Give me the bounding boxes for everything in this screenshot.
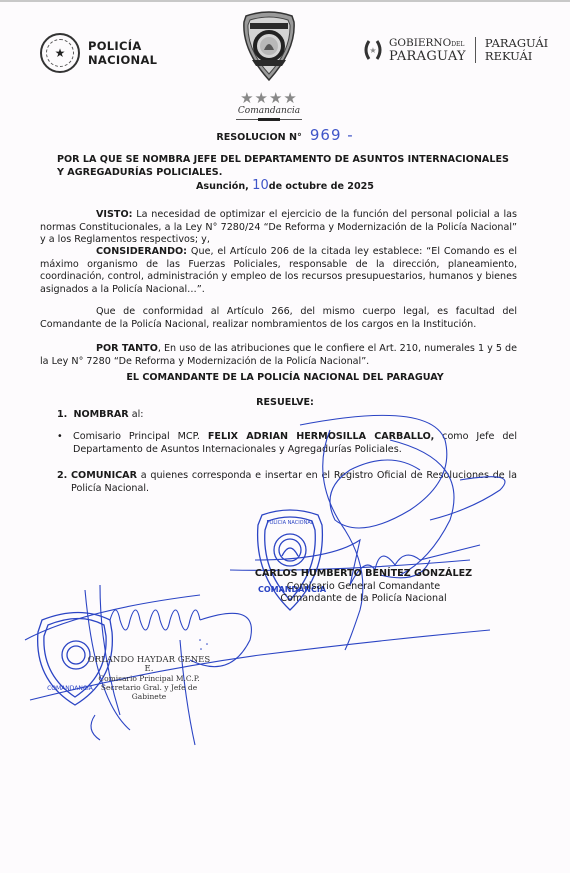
primary-signer-position: Comandante de la Policía Nacional	[241, 593, 486, 606]
appointee-rank: Comisario Principal MCP.	[73, 431, 208, 442]
document-date: Asunción, 10de octubre de 2025	[0, 180, 570, 194]
header-government-logo: ★ GOBIERNODEL PARAGUAY PARAGUÁI REKUÁI	[363, 37, 548, 63]
government-name: GOBIERNODEL PARAGUAY	[389, 37, 466, 63]
resolution-item-1: 1. NOMBRAR al:	[57, 409, 144, 422]
portanto-paragraph: POR TANTO, En uso de las atribuciones qu…	[40, 343, 517, 368]
bullet-icon: •	[57, 431, 73, 456]
secondary-signer-name: ORLANDO HAYDAR GENES E.	[84, 656, 214, 674]
appointee-name: FELIX ADRIAN HERMOSILLA CARBALLO,	[208, 431, 434, 442]
coat-of-arms-seal-icon: ★	[40, 33, 80, 73]
slogan-line2: REKUÁI	[485, 50, 548, 63]
date-suffix: de octubre de 2025	[269, 181, 374, 192]
header-police-logo: ★ POLICÍA NACIONAL	[40, 33, 157, 73]
resolution-number-handwritten: 969 -	[310, 126, 354, 144]
secondary-signer-rank: Comisario Principal M.C.P.	[84, 674, 214, 683]
police-shield-badge-icon	[240, 10, 298, 82]
considerando-paragraph: CONSIDERANDO: Que, el Artículo 206 de la…	[40, 246, 517, 296]
primary-signer-block: CARLOS HUMBERTO BENÍTEZ GONZÁLEZ Comisar…	[241, 568, 486, 606]
police-name-line2: NACIONAL	[88, 53, 157, 67]
visto-paragraph: VISTO: La necesidad de optimizar el ejer…	[40, 209, 517, 247]
comandancia-label: Comandancia	[235, 106, 303, 116]
rank-stars: ★★★★	[235, 90, 303, 106]
appointee-bullet: • Comisario Principal MCP. FELIX ADRIAN …	[57, 431, 517, 456]
item-1-text: al:	[129, 409, 144, 420]
resolution-item-2: 2. COMUNICAR a quienes corresponda e ins…	[57, 470, 517, 495]
ink-dot	[206, 643, 208, 645]
item-2-text: a quienes corresponda e insertar en el R…	[71, 470, 517, 494]
considerando-label: CONSIDERANDO:	[96, 246, 187, 257]
header-comandancia-emblem: ★★★★ Comandancia	[235, 10, 303, 120]
item-2-content: COMUNICAR a quienes corresponda e insert…	[71, 470, 517, 495]
ink-dot	[200, 648, 202, 650]
ink-dot	[199, 639, 201, 641]
primary-signer-rank: Comisario General Comandante	[241, 581, 486, 594]
date-day-handwritten: 10	[252, 178, 269, 193]
item-2-number: 2.	[57, 470, 71, 495]
item-1-verb: NOMBRAR	[73, 409, 128, 420]
svg-text:★: ★	[369, 46, 376, 55]
comandancia-underline	[236, 119, 302, 120]
secondary-signer-block: ORLANDO HAYDAR GENES E. Comisario Princi…	[84, 656, 214, 701]
authority-heading: EL COMANDANTE DE LA POLICÍA NACIONAL DEL…	[0, 372, 570, 385]
portanto-label: POR TANTO	[96, 343, 158, 354]
government-line2: PARAGUAY	[389, 51, 466, 63]
que-paragraph: Que de conformidad al Artículo 266, del …	[40, 306, 517, 331]
government-slogan: PARAGUÁI REKUÁI	[485, 37, 548, 63]
item-2-verb: COMUNICAR	[71, 470, 137, 481]
header-divider	[475, 37, 476, 63]
police-name: POLICÍA NACIONAL	[88, 39, 157, 67]
resolution-label: RESOLUCION N°	[216, 132, 302, 143]
police-name-line1: POLICÍA	[88, 39, 157, 53]
visto-label: VISTO:	[96, 209, 132, 220]
resuelve-heading: RESUELVE:	[0, 397, 570, 410]
laurel-star-icon: ★	[363, 39, 383, 61]
government-line1: GOBIERNO	[389, 37, 451, 49]
primary-signer-name: CARLOS HUMBERTO BENÍTEZ GONZÁLEZ	[241, 568, 486, 581]
resolution-number: RESOLUCION N°969 -	[0, 129, 570, 145]
svg-text:POLICIA NACIONAL: POLICIA NACIONAL	[266, 520, 313, 526]
resolution-document: ★ POLICÍA NACIONAL ★★★★ Comandancia ★ GO…	[0, 0, 570, 873]
secondary-signer-position: Secretario Gral. y Jefe de Gabinete	[84, 683, 214, 701]
document-title: POR LA QUE SE NOMBRA JEFE DEL DEPARTAMEN…	[57, 154, 517, 179]
item-1-number: 1.	[57, 409, 67, 420]
date-prefix: Asunción,	[196, 181, 249, 192]
appointee-text: Comisario Principal MCP. FELIX ADRIAN HE…	[73, 431, 517, 456]
government-line1-small: DEL	[451, 41, 464, 48]
